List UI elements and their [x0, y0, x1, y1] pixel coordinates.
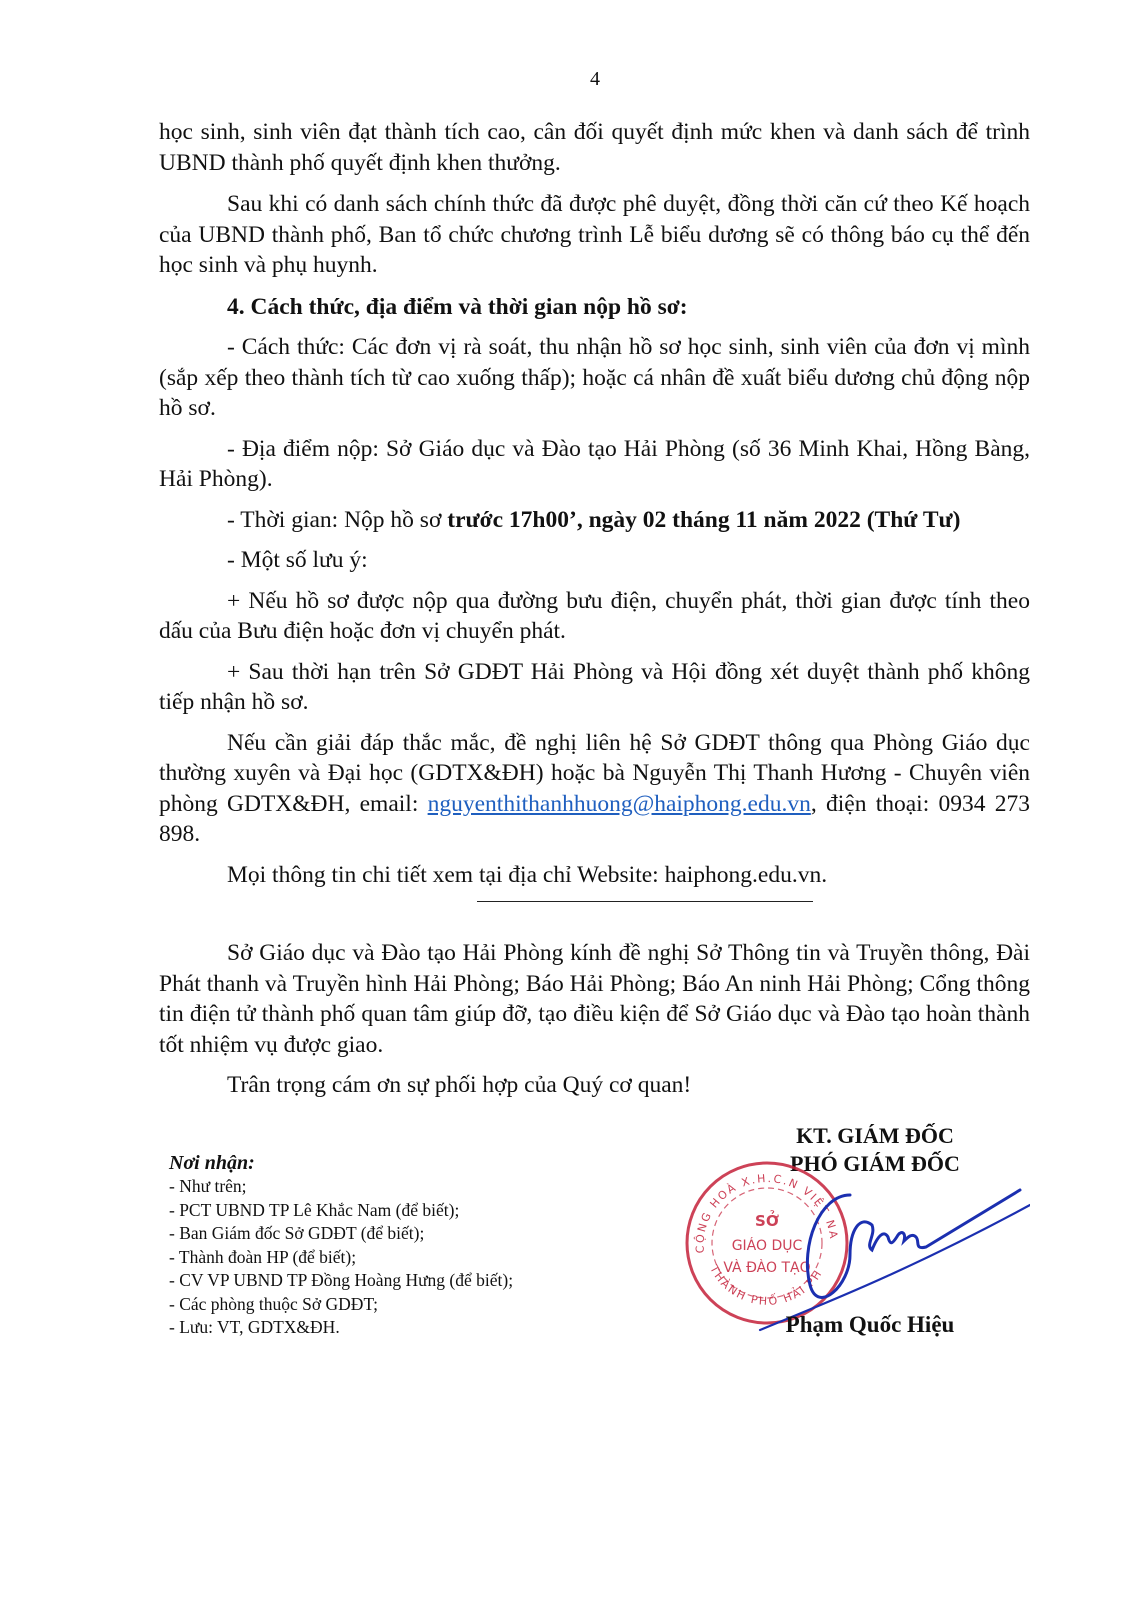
- signer-line-1: KT. GIÁM ĐỐC: [760, 1122, 990, 1150]
- page-number: 4: [0, 68, 1130, 91]
- paragraph-time: - Thời gian: Nộp hồ sơ trước 17h00’, ngà…: [159, 505, 1030, 536]
- signer-name: Phạm Quốc Hiệu: [760, 1312, 980, 1338]
- paragraph-website: Mọi thông tin chi tiết xem tại địa chỉ W…: [159, 860, 1030, 891]
- note-deadline: + Sau thời hạn trên Sở GDĐT Hải Phòng và…: [159, 657, 1030, 718]
- handwritten-signature-icon: [700, 1175, 1030, 1335]
- note-postal: + Nếu hồ sơ được nộp qua đường bưu điện,…: [159, 586, 1030, 647]
- recipients-list: - Như trên; - PCT UBND TP Lê Khắc Nam (đ…: [169, 1175, 513, 1340]
- recipient-item: - Ban Giám đốc Sở GDĐT (để biết);: [169, 1222, 513, 1246]
- notes-label: - Một số lưu ý:: [159, 545, 1030, 576]
- paragraph-approval: Sau khi có danh sách chính thức đã được …: [159, 189, 1030, 281]
- section-divider: [477, 901, 813, 902]
- recipient-item: - CV VP UBND TP Đồng Hoàng Hưng (để biết…: [169, 1269, 513, 1293]
- closing-body: Sở Giáo dục và Đào tạo Hải Phòng kính đề…: [159, 938, 1030, 1101]
- paragraph-thanks: Trân trọng cám ơn sự phối hợp của Quý cơ…: [159, 1070, 1030, 1101]
- deadline: trước 17h00’, ngày 02 tháng 11 năm 2022 …: [447, 507, 960, 533]
- recipients-title: Nơi nhận:: [169, 1151, 513, 1175]
- document-body: học sinh, sinh viên đạt thành tích cao, …: [159, 117, 1030, 890]
- paragraph-location: - Địa điểm nộp: Sở Giáo dục và Đào tạo H…: [159, 434, 1030, 495]
- recipient-item: - Các phòng thuộc Sở GDĐT;: [169, 1293, 513, 1317]
- paragraph-request: Sở Giáo dục và Đào tạo Hải Phòng kính đề…: [159, 938, 1030, 1060]
- recipient-item: - Như trên;: [169, 1175, 513, 1199]
- paragraph-method: - Cách thức: Các đơn vị rà soát, thu nhậ…: [159, 332, 1030, 424]
- contact-email-link[interactable]: nguyenthithanhhuong@haiphong.edu.vn: [428, 791, 811, 817]
- recipient-item: - Thành đoàn HP (để biết);: [169, 1246, 513, 1270]
- time-prefix: - Thời gian: Nộp hồ sơ: [227, 507, 447, 533]
- section-heading-4: 4. Cách thức, địa điểm và thời gian nộp …: [159, 292, 1030, 323]
- paragraph-continuation: học sinh, sinh viên đạt thành tích cao, …: [159, 117, 1030, 178]
- recipient-item: - Lưu: VT, GDTX&ĐH.: [169, 1316, 513, 1340]
- recipients-block: Nơi nhận: - Như trên; - PCT UBND TP Lê K…: [169, 1151, 513, 1340]
- paragraph-contact: Nếu cần giải đáp thắc mắc, đề nghị liên …: [159, 728, 1030, 850]
- recipient-item: - PCT UBND TP Lê Khắc Nam (để biết);: [169, 1199, 513, 1223]
